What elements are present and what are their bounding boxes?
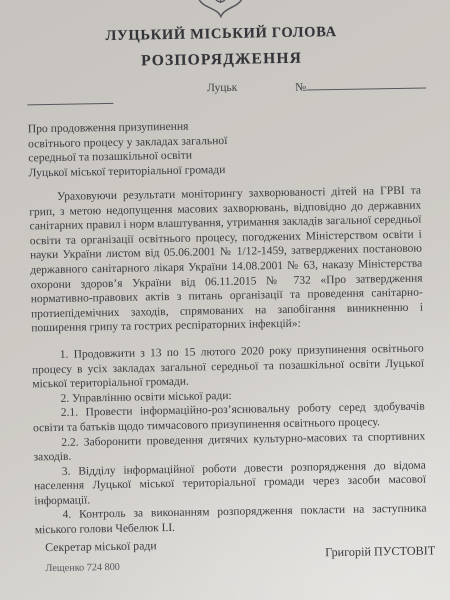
org-title: ЛУЦЬКИЙ МІСЬКИЙ ГОЛОВА	[0, 22, 446, 47]
doc-number: №	[295, 76, 426, 93]
executor-note: Лещенко 724 800	[45, 562, 120, 574]
subject-line: Луцької міської територіальної громади	[28, 163, 228, 181]
document-body: Ураховуючи результати моніторингу захвор…	[29, 184, 427, 538]
date-blank-line	[27, 94, 113, 105]
doc-type-title: РОЗПОРЯДЖЕННЯ	[0, 47, 447, 73]
subject-block: Про продовження призупинення освітнього …	[28, 119, 228, 181]
number-sign: №	[295, 82, 306, 94]
item-1: 1. Продовжити з 13 по 15 лютого 2020 рок…	[32, 341, 425, 392]
signature-row: Секретар міської ради Григорій ПУСТОВІТ	[45, 533, 435, 565]
signer-name: Григорій ПУСТОВІТ	[325, 543, 435, 560]
document-photo: ЛУЦЬКИЙ МІСЬКИЙ ГОЛОВА РОЗПОРЯДЖЕННЯ Луц…	[0, 0, 450, 600]
preamble-paragraph: Ураховуючи результати моніторингу захвор…	[29, 184, 423, 337]
number-blank-line	[306, 76, 426, 90]
item-3: 3. Відділу інформаційної роботи довести …	[34, 458, 427, 509]
ukraine-trident-emblem-icon	[191, 0, 250, 21]
item-4: 4. Контроль за виконанням розпорядження …	[34, 502, 426, 538]
signer-position: Секретар міської ради	[45, 538, 157, 555]
document-page: ЛУЦЬКИЙ МІСЬКИЙ ГОЛОВА РОЗПОРЯДЖЕННЯ Луц…	[0, 0, 450, 600]
